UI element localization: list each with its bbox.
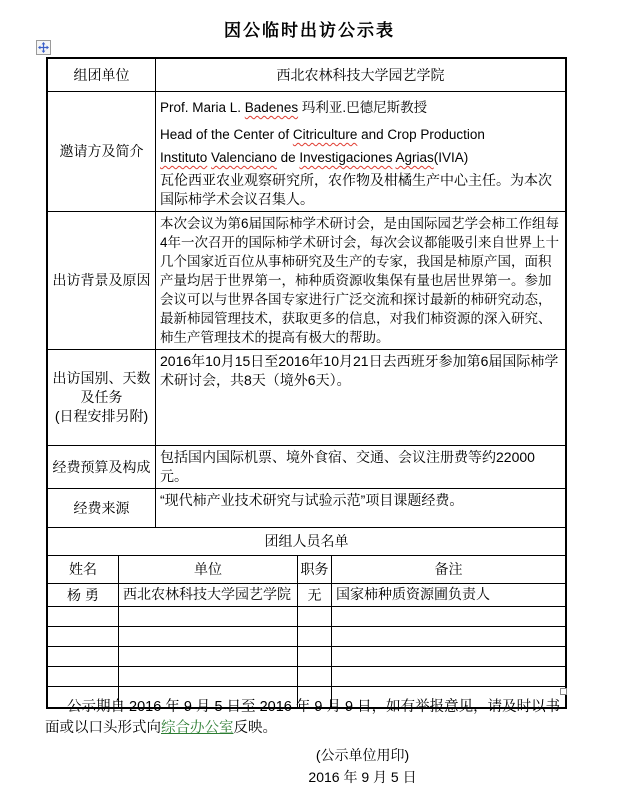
budget-value: 包括国内国际机票、境外食宿、交通、会议注册费等约22000元。 (156, 446, 565, 488)
table-move-handle[interactable] (36, 40, 51, 55)
notice-text-post: 反映。 (234, 720, 278, 736)
invitee-line2: Head of the Center of Citriculture and C… (160, 125, 561, 144)
empty-cell (119, 607, 298, 626)
empty-cell (332, 627, 565, 646)
destination-value: 2016年10月15日至2016年10月21日去西班牙参加第6届国际柿学术研讨会… (156, 350, 565, 445)
empty-cell (119, 647, 298, 666)
empty-cell (119, 627, 298, 646)
invitee-line3-post: (IVIA) (434, 150, 469, 165)
date-line: 2016 年 9 月 5 日 (250, 766, 475, 788)
empty-cell (298, 607, 332, 626)
personnel-section-title: 团组人员名单 (48, 528, 565, 555)
group-unit-label: 组团单位 (48, 59, 156, 91)
empty-cell (332, 607, 565, 626)
empty-cell (298, 647, 332, 666)
row-group-unit: 组团单位 西北农林科技大学园艺学院 (48, 59, 565, 92)
empty-cell (119, 667, 298, 686)
office-link[interactable]: 综合办公室 (161, 720, 234, 736)
invitee-line3-mid: de (277, 150, 300, 165)
personnel-header-unit: 单位 (119, 556, 298, 583)
invitee-line3-word4: Agrias (395, 150, 433, 165)
table-row (48, 647, 565, 667)
invitee-line3: Instituto Valenciano de Investigaciones … (160, 148, 561, 167)
row-invitee: 邀请方及简介 Prof. Maria L. Badenes 玛利亚.巴德尼斯教授… (48, 92, 565, 212)
empty-cell (298, 667, 332, 686)
funding-label: 经费来源 (48, 489, 156, 527)
row-funding: 经费来源 “现代柿产业技术研究与试验示范”项目课题经费。 (48, 489, 565, 528)
page-title: 因公临时出访公示表 (0, 16, 619, 41)
empty-cell (332, 647, 565, 666)
personnel-note: 国家柿种质资源圃负责人 (332, 584, 565, 606)
invitee-line4: 瓦伦西亚农业观察研究所，农作物及柑橘生产中心主任。为本次国际柿学术会议召集人。 (160, 171, 561, 209)
seal-line: (公示单位用印) (250, 744, 475, 766)
invitee-value: Prof. Maria L. Badenes 玛利亚.巴德尼斯教授 Head o… (156, 92, 565, 211)
budget-label: 经费预算及构成 (48, 446, 156, 488)
personnel-name: 杨 勇 (48, 584, 119, 606)
personnel-header-row: 姓名 单位 职务 备注 (48, 556, 565, 584)
invitee-line1-misspelled: Badenes (245, 100, 298, 115)
row-personnel-section: 团组人员名单 (48, 528, 565, 556)
table-row (48, 607, 565, 627)
empty-cell (332, 667, 565, 686)
row-background: 出访背景及原因 本次会议为第6届国际柿学术研讨会，是由国际园艺学会柿工作组每4年… (48, 212, 565, 350)
table-row: 杨 勇 西北农林科技大学园艺学院 无 国家柿种质资源圃负责人 (48, 584, 565, 607)
move-arrows-icon (38, 42, 49, 53)
empty-cell (48, 647, 119, 666)
invitee-label: 邀请方及简介 (48, 92, 156, 211)
invitee-line1: Prof. Maria L. Badenes 玛利亚.巴德尼斯教授 (160, 98, 561, 117)
public-notice-paragraph: 公示期自 2016 年 9 月 5 日至 2016 年 9 月 9 日，如有举报… (45, 697, 567, 739)
personnel-unit: 西北农林科技大学园艺学院 (119, 584, 298, 606)
funding-value: “现代柿产业技术研究与试验示范”项目课题经费。 (156, 489, 565, 527)
personnel-header-position: 职务 (298, 556, 332, 583)
invitee-line1-post: 玛利亚.巴德尼斯教授 (298, 100, 427, 115)
invitee-line2-pre: Head of the Center of (160, 127, 293, 142)
empty-cell (48, 627, 119, 646)
personnel-header-note: 备注 (332, 556, 565, 583)
table-resize-handle[interactable] (560, 688, 567, 695)
destination-label: 出访国别、天数及任务 (日程安排另附) (48, 350, 156, 445)
invitee-line3-word1: Instituto (160, 150, 207, 165)
group-unit-value: 西北农林科技大学园艺学院 (156, 59, 565, 91)
empty-cell (48, 667, 119, 686)
invitee-line2-misspelled: Citriculture (293, 127, 358, 142)
empty-cell (298, 627, 332, 646)
signature-block: (公示单位用印) 2016 年 9 月 5 日 (250, 744, 475, 788)
invitee-line1-pre: Prof. Maria L. (160, 100, 245, 115)
destination-label-line2: (日程安排另附) (55, 407, 148, 426)
background-value: 本次会议为第6届国际柿学术研讨会，是由国际园艺学会柿工作组每4年一次召开的国际柿… (156, 212, 565, 349)
background-label: 出访背景及原因 (48, 212, 156, 349)
invitee-line2-post: and Crop Production (357, 127, 485, 142)
row-destination: 出访国别、天数及任务 (日程安排另附) 2016年10月15日至2016年10月… (48, 350, 565, 446)
invitee-line3-word3: Investigaciones (299, 150, 392, 165)
personnel-header-name: 姓名 (48, 556, 119, 583)
destination-label-line1: 出访国别、天数及任务 (49, 369, 154, 407)
table-row (48, 667, 565, 687)
visit-notice-table: 组团单位 西北农林科技大学园艺学院 邀请方及简介 Prof. Maria L. … (46, 57, 567, 709)
personnel-position: 无 (298, 584, 332, 606)
table-row (48, 627, 565, 647)
empty-cell (48, 607, 119, 626)
row-budget: 经费预算及构成 包括国内国际机票、境外食宿、交通、会议注册费等约22000元。 (48, 446, 565, 489)
invitee-line3-word2: Valenciano (211, 150, 277, 165)
notice-text-pre: 公示期自 2016 年 9 月 5 日至 2016 年 9 月 9 日，如有举报… (45, 699, 560, 736)
